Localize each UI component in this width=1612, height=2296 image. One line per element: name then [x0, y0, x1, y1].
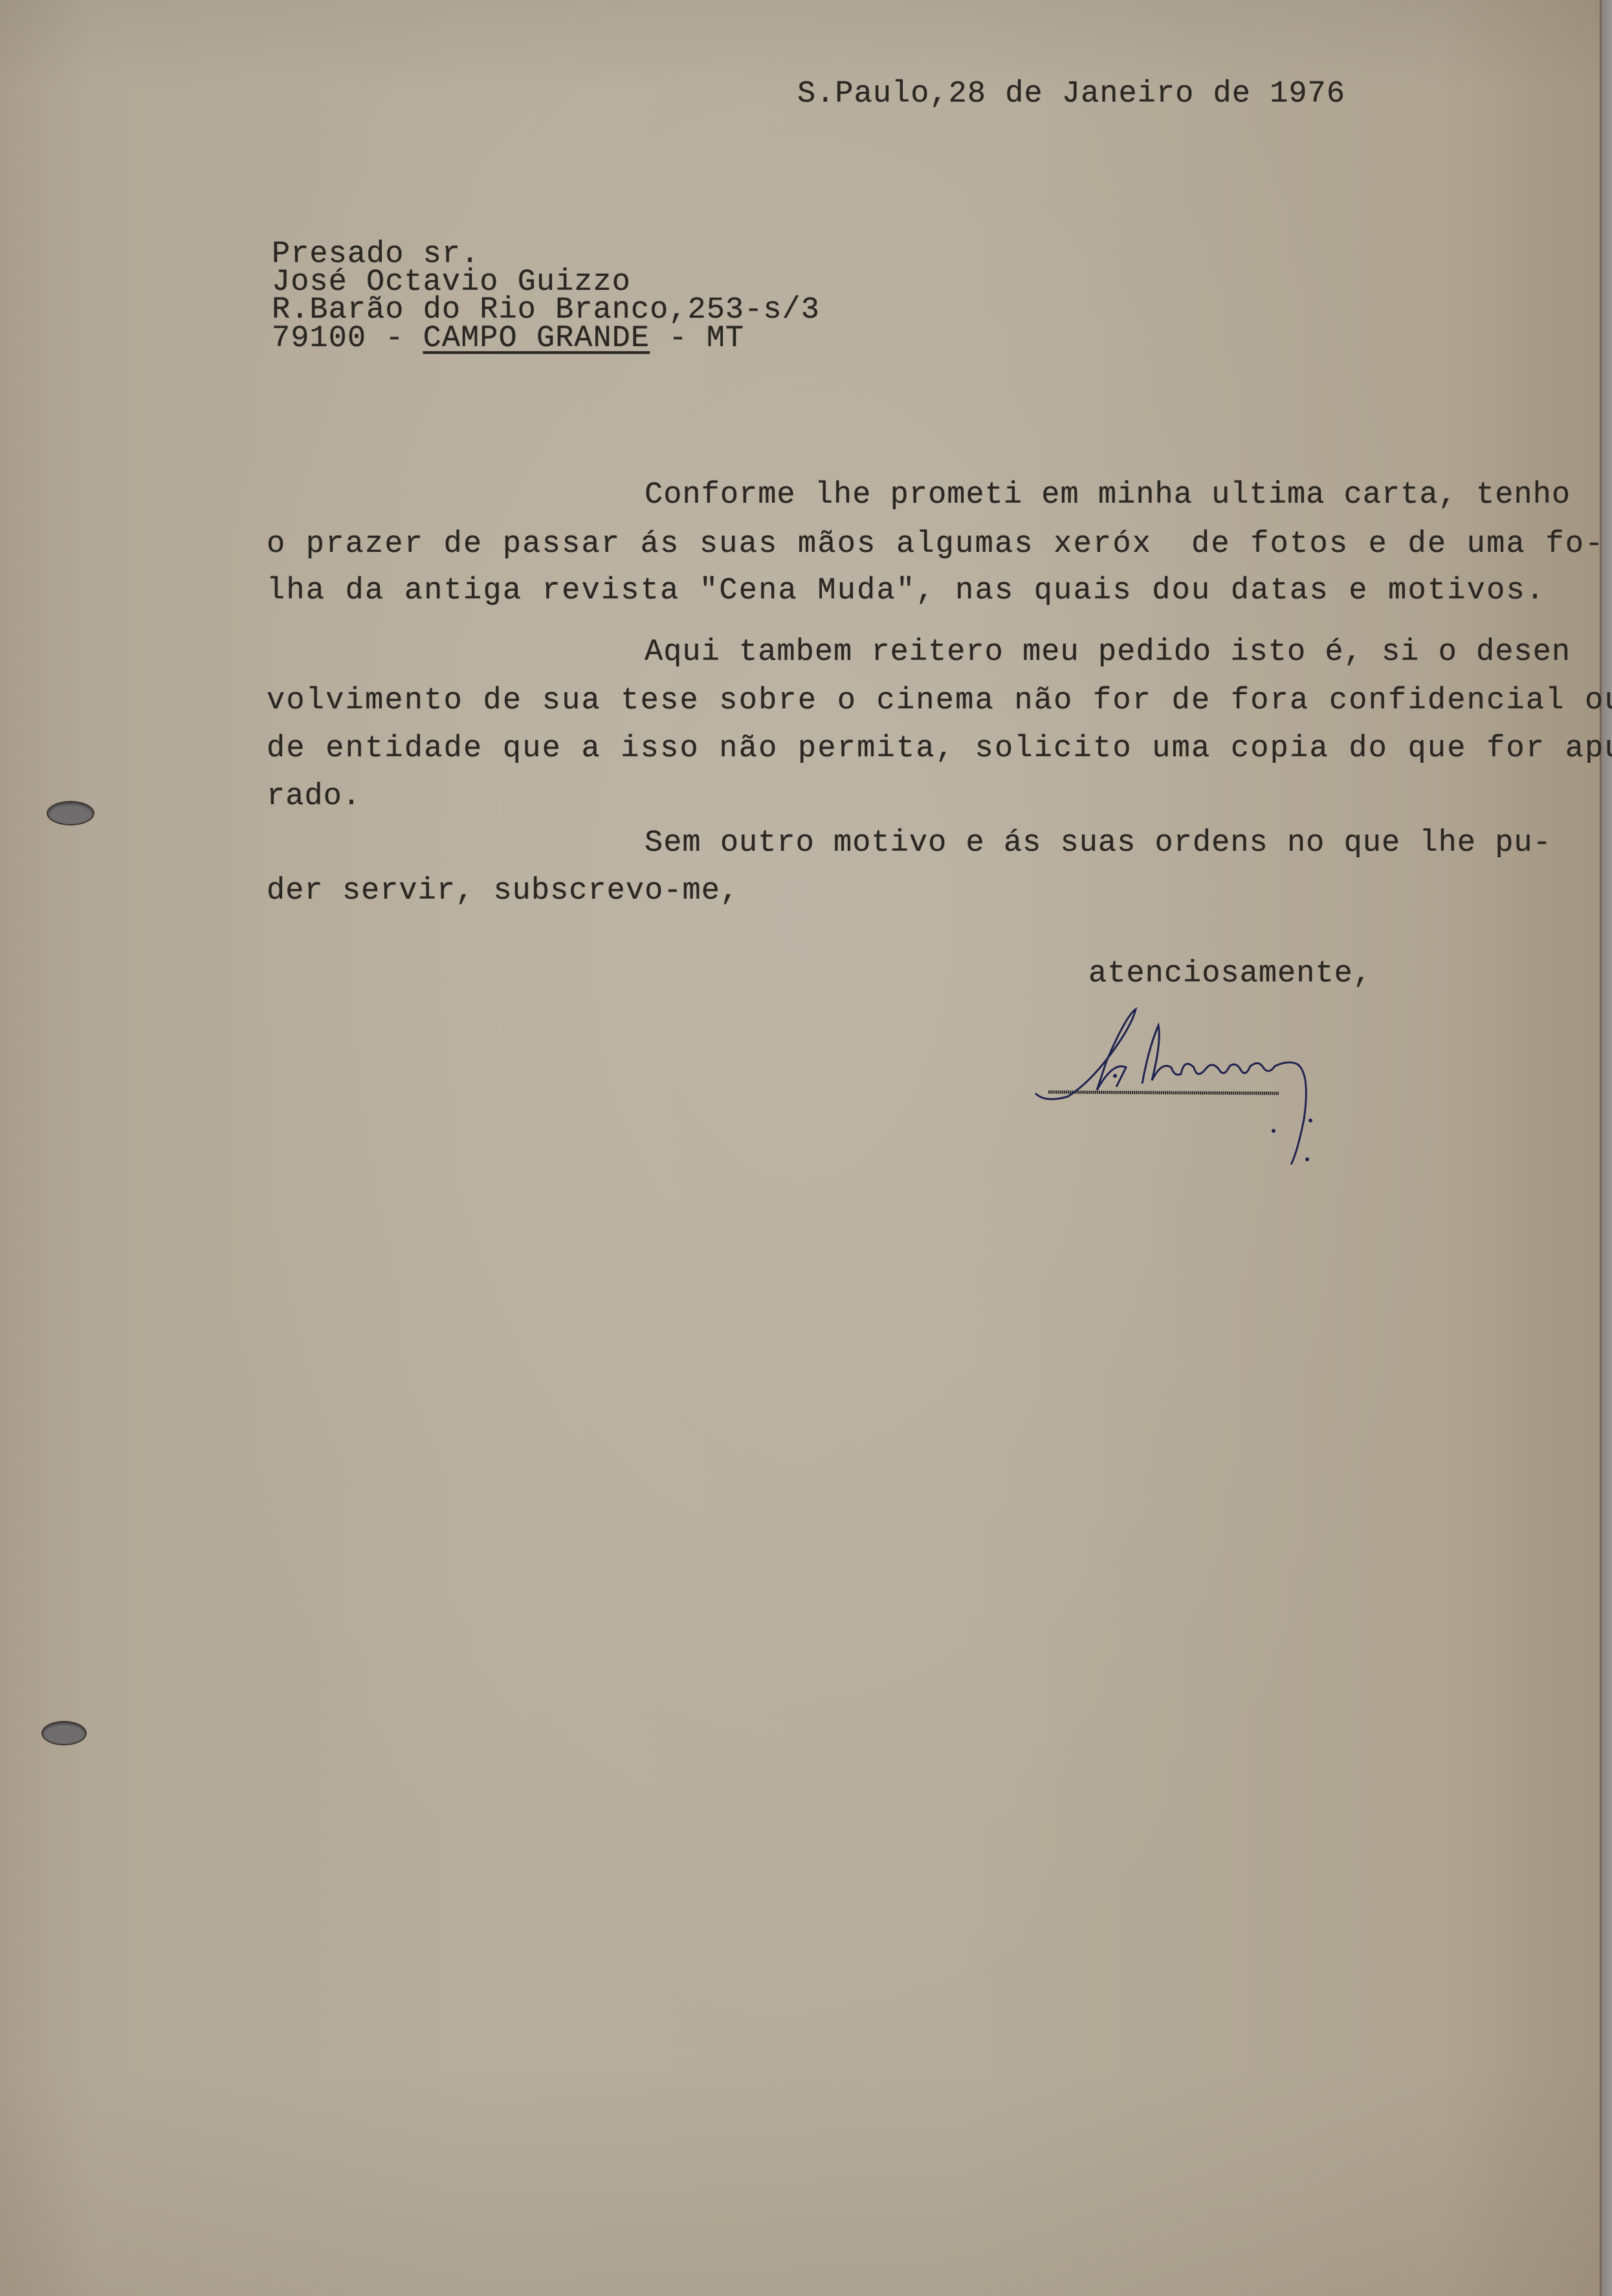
body-line-9: der servir, subscrevo-me, [267, 876, 739, 906]
punch-hole-bottom [41, 1721, 87, 1745]
body-line-3: lha da antiga revista "Cena Muda", nas q… [267, 576, 1545, 606]
backing-edge [1600, 0, 1612, 2296]
postal-code: 79100 - [272, 322, 423, 356]
body-line-7: rado. [267, 782, 361, 812]
recipient-street: R.Barão do Rio Branco,253-s/3 [272, 296, 820, 324]
salutation: Presado sr. [272, 241, 480, 268]
body-line-1: Conforme lhe prometi em minha ultima car… [645, 480, 1571, 510]
body-line-2: o prazer de passar ás suas mãos algumas … [267, 529, 1605, 560]
punch-hole-top [47, 801, 94, 825]
recipient-name: José Octavio Guizzo [272, 268, 631, 296]
body-line-5: volvimento de sua tese sobre o cinema nã… [267, 686, 1612, 716]
body-line-4: Aqui tambem reitero meu pedido isto é, s… [645, 637, 1571, 668]
signature-icon [1022, 970, 1488, 1164]
body-line-6: de entidade que a isso não permita, soli… [267, 734, 1612, 764]
body-line-8: Sem outro motivo e ás suas ordens no que… [645, 828, 1552, 858]
state: - MT [650, 322, 744, 356]
city: CAMPO GRANDE [423, 322, 650, 356]
place-date: S.Paulo,28 de Janeiro de 1976 [797, 79, 1345, 109]
recipient-city-line: 79100 - CAMPO GRANDE - MT [272, 325, 744, 353]
